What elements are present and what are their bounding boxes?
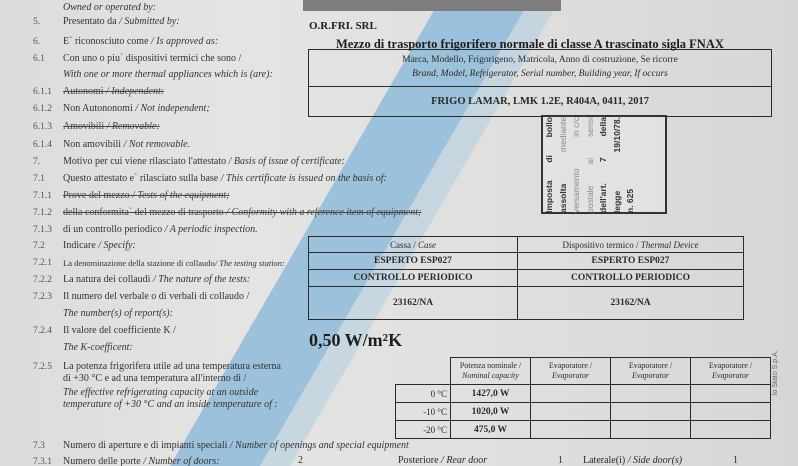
item-text-it: Prove del mezzo — [63, 190, 130, 201]
nominal-capacity-header: Potenza nominale /Nominal capacity — [451, 358, 531, 385]
item-text-it: Presentato da — [63, 16, 117, 27]
device-testing-station: ESPERTO ESP027 — [518, 253, 744, 270]
report-number-row: 23162/NA 23162/NA — [309, 287, 744, 320]
item-text-it: Amovibili — [63, 121, 104, 132]
side-door-label: Laterale(i) / Side door(s) — [583, 455, 682, 466]
device-report-number: 23162/NA — [518, 287, 744, 320]
item-text-it: Indicare — [63, 240, 96, 251]
doors-total: 2 — [298, 455, 303, 466]
item-text-it: La natura dei collaudi — [63, 274, 150, 285]
item-text-it: Motivo per cui viene rilasciato l'attest… — [63, 156, 226, 167]
nominal-capacity: 1020,0 W — [451, 403, 531, 421]
item-text-en: / Tests of the equipment; — [132, 190, 229, 201]
stamp-line: dell'art.7della — [597, 117, 611, 213]
item-number: 7.1.3 — [33, 224, 52, 236]
item-text-it: di +30 °C e ad una temperatura all'inter… — [63, 373, 246, 385]
item-number: 7. — [33, 156, 40, 168]
item-text-en: / A periodic inspection. — [165, 224, 258, 235]
item-text-it: Autonomi — [63, 86, 104, 97]
rear-door-label-it: Posteriore — [398, 455, 439, 466]
item-number: 7.2.1 — [33, 257, 52, 269]
side-door-label-en: / Side door(s) — [628, 455, 682, 466]
rear-door-label-en: / Rear door — [441, 455, 487, 466]
capacity-row: -10 °C 1020,0 W — [396, 403, 771, 421]
case-test-nature: CONTROLLO PERIODICO — [309, 270, 518, 287]
item-number: 7.1.1 — [33, 190, 52, 202]
vehicle-header-en: Brand, Model, Refrigerator, Serial numbe… — [309, 67, 771, 81]
item-text-it: Numero di aperture e di impianti special… — [63, 440, 227, 451]
item-number: 7.1 — [33, 173, 45, 185]
evaporator-header: Evaporatore /Evaporator — [531, 358, 611, 385]
item-number: 7.2 — [33, 240, 45, 252]
item-text-en: / Basis of issue of certificate: — [229, 156, 345, 167]
stamp-line: n. 625 — [624, 117, 638, 213]
certificate-page: Owned or operated by: 5. Presentato da /… — [0, 0, 798, 466]
inside-temperature: -10 °C — [396, 403, 451, 421]
item-text-en: / Submitted by: — [119, 16, 180, 27]
testing-table-header: Cassa / Case Dispositivo termico / Therm… — [309, 237, 744, 253]
item-number: 7.3 — [33, 440, 45, 452]
vehicle-header-it: Marca, Modello, Frigorigeno, Matricola, … — [309, 53, 771, 67]
item-text-en: / Not removable. — [124, 139, 191, 150]
item-text-it: Non Autononomi — [63, 103, 133, 114]
company-name: O.R.FRI. SRL — [309, 20, 377, 32]
item-number: 6.1.3 — [33, 121, 52, 133]
item-number: 6.1.2 — [33, 103, 52, 115]
item-number: 7.2.5 — [33, 361, 52, 373]
item-text-it: di un controllo periodico — [63, 224, 162, 235]
item-text-en: The K-coefficent: — [63, 342, 133, 354]
stamp-line: Impostadibollo — [543, 117, 557, 213]
inside-temperature: -20 °C — [396, 421, 451, 439]
item-number: 7.1.2 — [33, 207, 52, 219]
item-text-it: Con uno o piu` dispositivi termici che s… — [63, 53, 241, 65]
stamp-line: legge19/10/78. — [611, 117, 625, 213]
vehicle-details-value: FRIGO LAMAR, LMK 1.2E, R404A, 0411, 2017 — [309, 87, 771, 116]
item-number: 6. — [33, 36, 40, 48]
item-text-en: / Number of openings and special equipme… — [230, 440, 409, 451]
item-number: 7.2.3 — [33, 291, 52, 303]
item-text-it: Il valore del coefficiente K / — [63, 325, 176, 337]
item-text-it: La potenza frigorifera utile ad una temp… — [63, 361, 281, 373]
item-text-en: / This certificate is issued on the basi… — [221, 173, 387, 184]
item-text-en: temperature of +30 °C and an inside temp… — [63, 399, 278, 411]
item-text-en: The number(s) of report(s): — [63, 308, 173, 320]
evaporator-header: Evaporatore /Evaporator — [691, 358, 771, 385]
item-text-en: / Specify: — [98, 240, 135, 251]
rear-door-count: 1 — [558, 455, 563, 466]
vehicle-table: Marca, Modello, Frigorigeno, Matricola, … — [308, 49, 772, 117]
item-text-en: / Not independent; — [135, 103, 209, 114]
capacity-row: 0 °C 1427,0 W — [396, 385, 771, 403]
stamp-line: postaleaisensi — [584, 117, 598, 213]
item-text-en: / Conformity with a reference item of eq… — [226, 207, 421, 218]
item-number: 7.3.1 — [33, 456, 52, 466]
item-number: 6.1 — [33, 53, 45, 65]
device-test-nature: CONTROLLO PERIODICO — [518, 270, 744, 287]
capacity-row: -20 °C 475,0 W — [396, 421, 771, 439]
item-text-en: / The nature of the tests: — [153, 274, 250, 285]
capacity-table-header: Potenza nominale /Nominal capacity Evapo… — [396, 358, 771, 385]
item-number: 6.1.1 — [33, 86, 52, 98]
nominal-capacity: 475,0 W — [451, 421, 531, 439]
item-text-en: / The testing station: — [215, 258, 285, 268]
case-header: Cassa / Case — [309, 237, 518, 253]
tax-stamp-text: Impostadibollo assoltamediante versament… — [543, 117, 665, 213]
item-text-it: Questo attestato e` rilasciato sulla bas… — [63, 173, 218, 184]
item-text-it: Non amovibili — [63, 139, 121, 150]
owned-label: Owned or operated by: — [63, 2, 156, 14]
k-coefficient-value: 0,50 W/m²K — [309, 330, 402, 351]
testing-table: Cassa / Case Dispositivo termico / Therm… — [308, 236, 744, 320]
capacity-table: Potenza nominale /Nominal capacity Evapo… — [395, 357, 771, 439]
rear-door-label: Posteriore / Rear door — [398, 455, 487, 466]
side-door-count: 1 — [733, 455, 738, 466]
item-text-en: / Removable: — [107, 121, 160, 132]
item-number: 7.2.2 — [33, 274, 52, 286]
case-report-number: 23162/NA — [309, 287, 518, 320]
evaporator-header: Evaporatore /Evaporator — [611, 358, 691, 385]
item-text-en: The effective refrigerating capacity at … — [63, 387, 258, 399]
side-print-text: lo Stato S.p.A. — [772, 350, 779, 395]
vehicle-table-header: Marca, Modello, Frigorigeno, Matricola, … — [309, 50, 771, 87]
item-text-en: / Independent: — [106, 86, 164, 97]
item-text-en: With one or more thermal appliances whic… — [63, 69, 273, 81]
case-testing-station: ESPERTO ESP027 — [309, 253, 518, 270]
nominal-capacity: 1427,0 W — [451, 385, 531, 403]
item-text-it: Il numero del verbale o di verbali di co… — [63, 291, 249, 303]
item-text-en: / Number of doors: — [143, 456, 219, 466]
item-text-en: / Is approved as: — [151, 36, 218, 47]
item-text-it: La denominazione della stazione di colla… — [63, 258, 215, 268]
item-number: 6.1.4 — [33, 139, 52, 151]
redaction-bar — [303, 0, 561, 11]
item-number: 5. — [33, 16, 40, 28]
stamp-line: versamentoin c/c — [570, 117, 584, 213]
item-text-it: Numero delle porte — [63, 456, 141, 466]
testing-station-row: ESPERTO ESP027 ESPERTO ESP027 — [309, 253, 744, 270]
item-number: 7.2.4 — [33, 325, 52, 337]
inside-temperature: 0 °C — [396, 385, 451, 403]
item-text-it: della conformita` del mezzo di trasporto — [63, 207, 224, 218]
thermal-device-header: Dispositivo termico / Thermal Device — [518, 237, 744, 253]
item-text-it: E` riconosciuto come — [63, 36, 149, 47]
side-door-label-it: Laterale(i) — [583, 455, 625, 466]
test-nature-row: CONTROLLO PERIODICO CONTROLLO PERIODICO — [309, 270, 744, 287]
stamp-line: assoltamediante — [557, 117, 571, 213]
tax-stamp: Impostadibollo assoltamediante versament… — [541, 115, 667, 214]
